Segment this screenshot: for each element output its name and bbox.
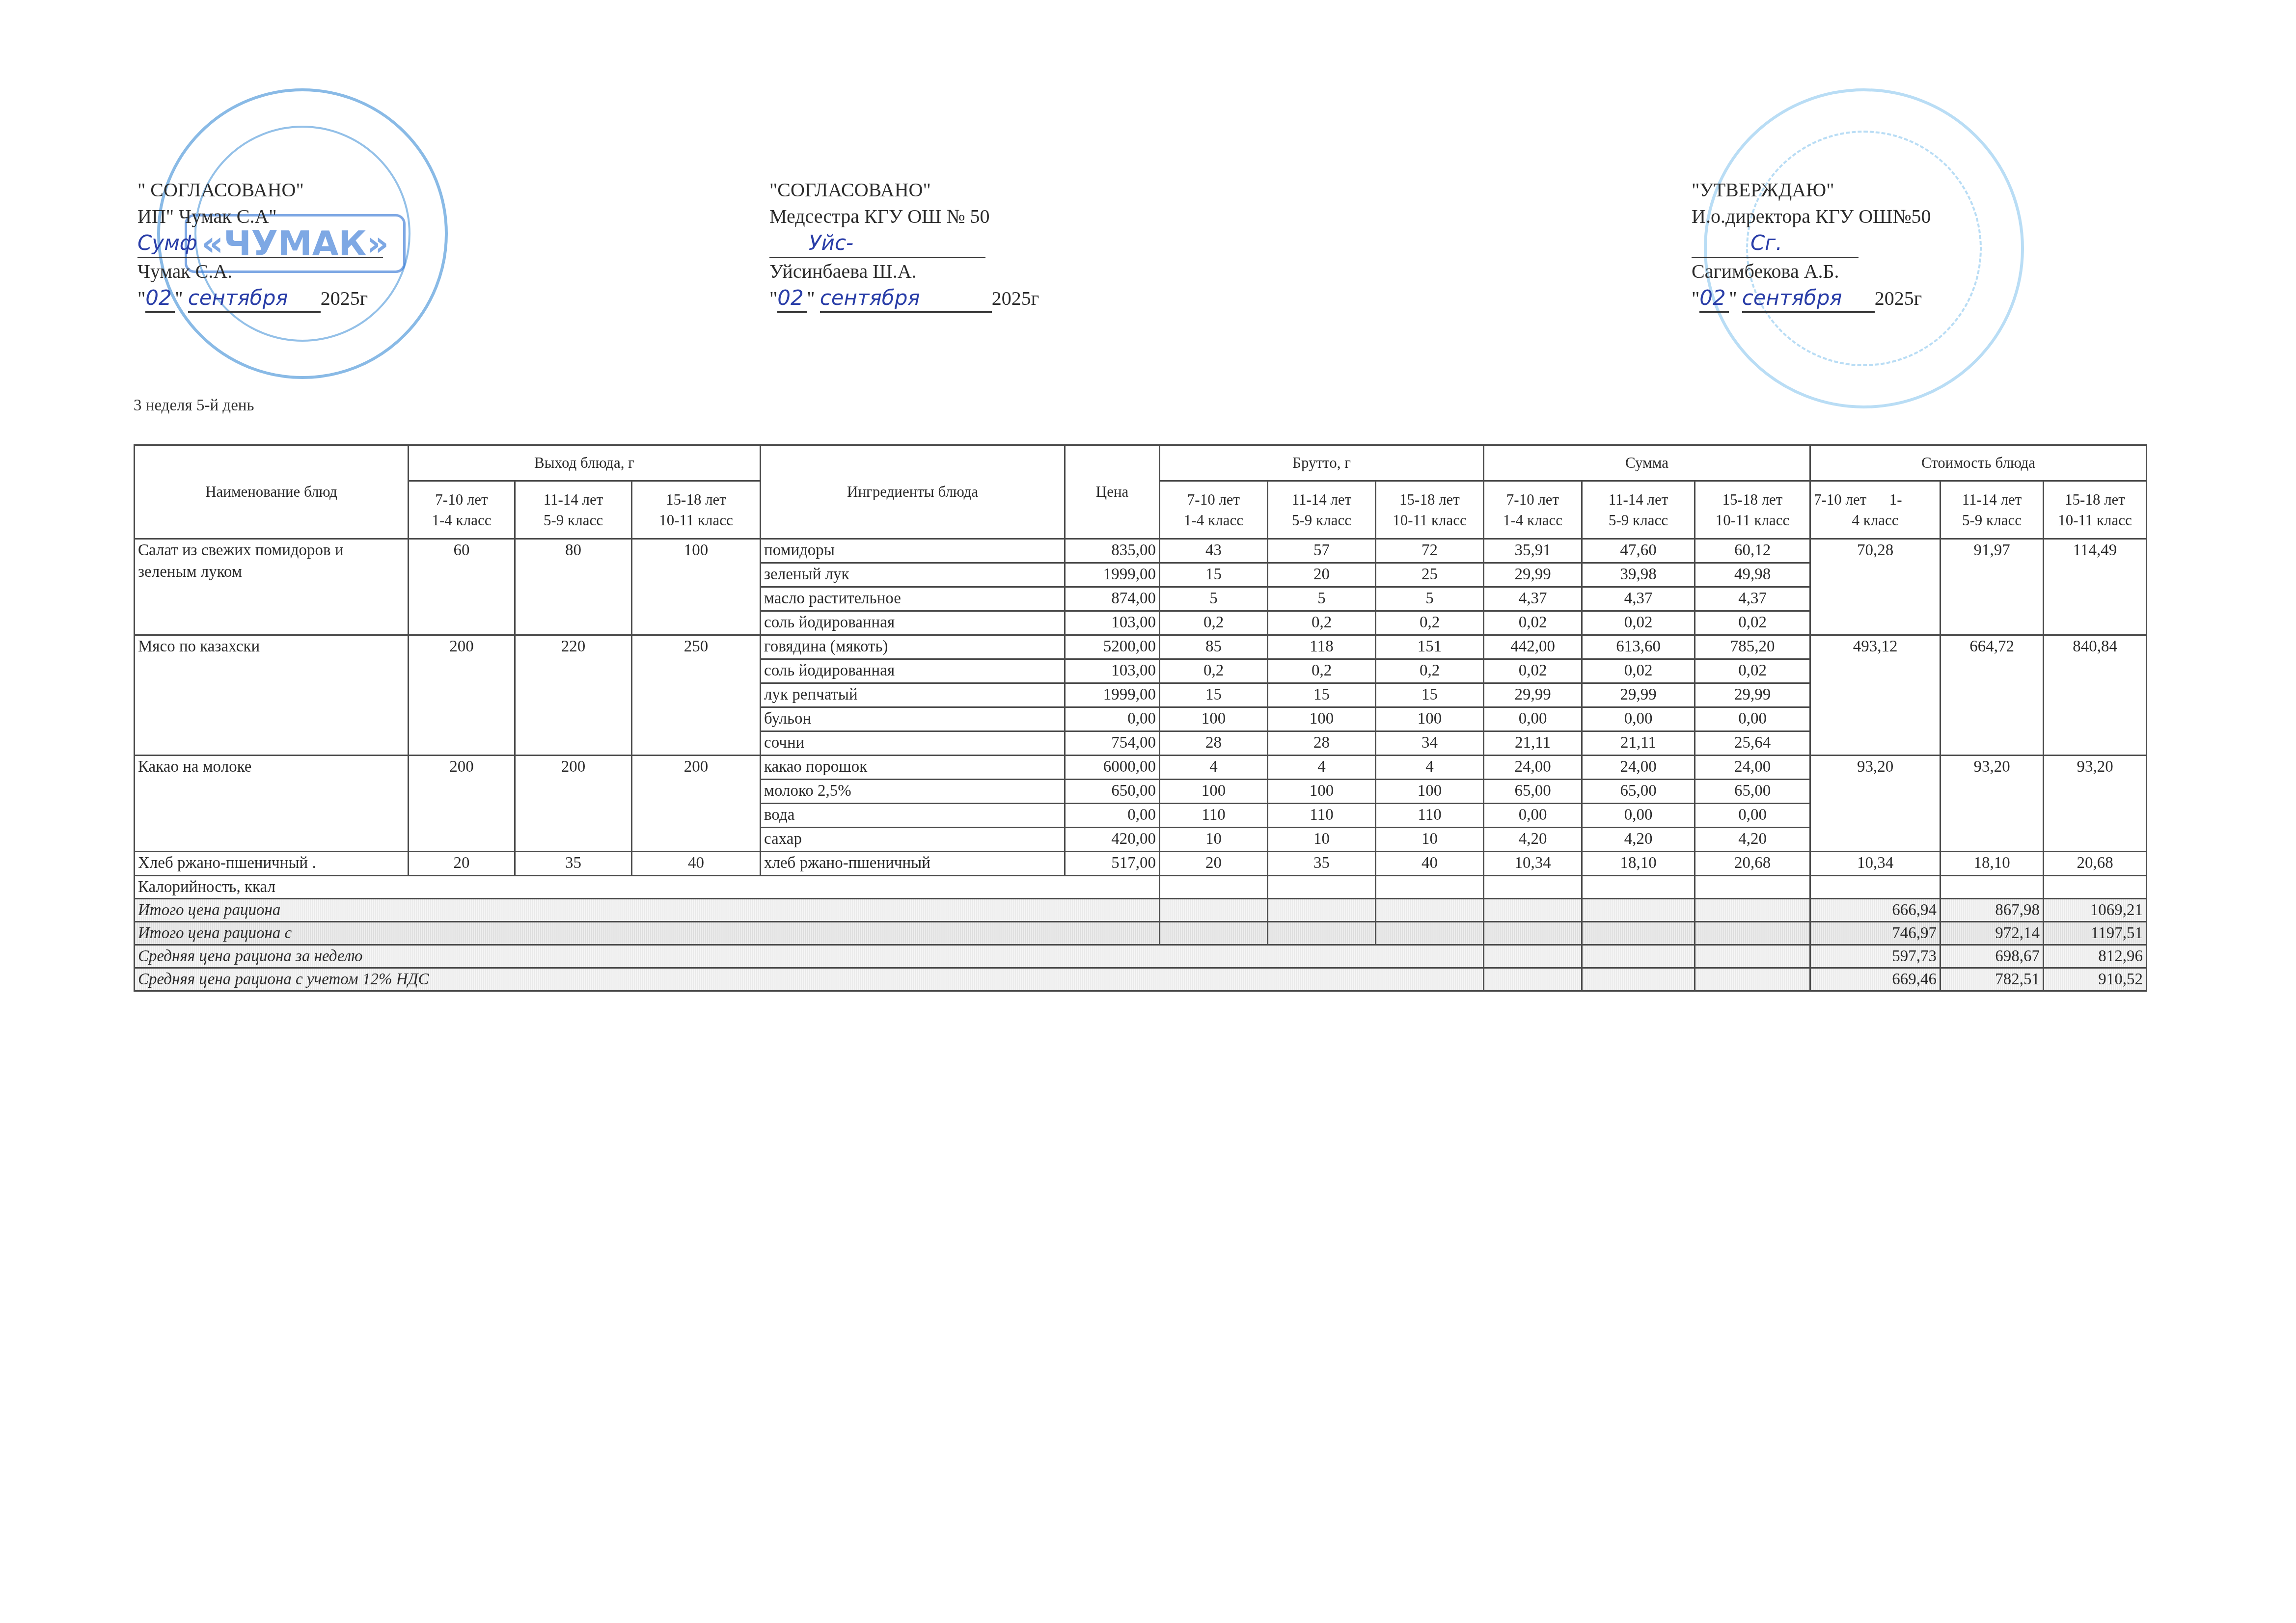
brutto-value: 151: [1376, 635, 1484, 659]
sum-value: 4,20: [1695, 828, 1810, 852]
grade-label: 10-11 класс: [2047, 510, 2143, 531]
yield-value: 20: [409, 852, 515, 876]
brutto-value: 20: [1268, 563, 1376, 587]
summary-value: 1069,21: [2044, 899, 2147, 922]
brutto-value: 15: [1160, 563, 1268, 587]
ingredient-price: 103,00: [1065, 659, 1160, 683]
sum-value: 0,00: [1695, 804, 1810, 828]
summary-empty-cell: [1268, 899, 1376, 922]
summary-value: 812,96: [2044, 945, 2147, 968]
sum-value: 24,00: [1582, 756, 1695, 780]
summary-label: Средняя цена рациона с учетом 12% НДС: [135, 968, 1484, 991]
yield-value: 200: [515, 756, 632, 852]
ingredient-price: 0,00: [1065, 804, 1160, 828]
sum-value: 18,10: [1582, 852, 1695, 876]
summary-empty-cell: [1484, 968, 1582, 991]
sum-value: 65,00: [1582, 780, 1695, 804]
sum-value: 65,00: [1484, 780, 1582, 804]
approval-name: Уйсинбаева Ш.А.: [769, 258, 1039, 285]
approval-name: Сагимбекова А.Б.: [1692, 258, 1931, 285]
approval-block-nurse: "СОГЛАСОВАНО" Медсестра КГУ ОШ № 50 Уйс-…: [769, 177, 1039, 313]
sum-value: 60,12: [1695, 539, 1810, 563]
ingredient-price: 0,00: [1065, 707, 1160, 731]
brutto-value: 5: [1160, 587, 1268, 611]
grade-label: 5-9 класс: [1585, 510, 1691, 531]
yield-value: 60: [409, 539, 515, 635]
header-yield-age-3: 15-18 лет10-11 класс: [632, 481, 761, 539]
ingredient-price: 420,00: [1065, 828, 1160, 852]
cost-value: 93,20: [1810, 756, 1941, 852]
summary-value: 698,67: [1941, 945, 2044, 968]
age-label: 15-18 лет: [2047, 489, 2143, 510]
sum-value: 35,91: [1484, 539, 1582, 563]
sum-value: 21,11: [1484, 731, 1582, 756]
grade-label: 1-4 класс: [1487, 510, 1578, 531]
date-year: 2025г: [992, 287, 1039, 309]
summary-empty-cell: [1160, 899, 1268, 922]
brutto-value: 0,2: [1160, 611, 1268, 635]
brutto-value: 0,2: [1160, 659, 1268, 683]
brutto-value: 0,2: [1376, 611, 1484, 635]
table-row: Какао на молоке200200200какао порошок600…: [135, 756, 2147, 780]
ingredient-name: бульон: [761, 707, 1065, 731]
brutto-value: 28: [1268, 731, 1376, 756]
summary-empty-cell: [1268, 922, 1376, 945]
calories-cell: [1810, 876, 1941, 899]
brutto-value: 100: [1268, 780, 1376, 804]
brutto-value: 100: [1160, 707, 1268, 731]
header-cost-age-1: 7-10 лет 1-4 класс: [1810, 481, 1941, 539]
brutto-value: 4: [1268, 756, 1376, 780]
signature: Сг.: [1750, 231, 1782, 255]
summary-value: 910,52: [2044, 968, 2147, 991]
header-yield-age-1: 7-10 лет1-4 класс: [409, 481, 515, 539]
header-yield-age-2: 11-14 лет5-9 класс: [515, 481, 632, 539]
yield-value: 250: [632, 635, 761, 756]
brutto-value: 0,2: [1376, 659, 1484, 683]
brutto-value: 100: [1376, 707, 1484, 731]
age-label: 15-18 лет: [1379, 489, 1480, 510]
sum-value: 29,99: [1484, 683, 1582, 707]
cost-value: 493,12: [1810, 635, 1941, 756]
sum-value: 29,99: [1484, 563, 1582, 587]
header-dish-name: Наименование блюд: [135, 445, 409, 539]
ingredient-name: вода: [761, 804, 1065, 828]
brutto-value: 10: [1376, 828, 1484, 852]
summary-empty-cell: [1376, 922, 1484, 945]
date-year: 2025г: [1875, 287, 1922, 309]
header-cost-age-2: 11-14 лет5-9 класс: [1941, 481, 2044, 539]
brutto-value: 35: [1268, 852, 1376, 876]
date-year: 2025г: [321, 287, 368, 309]
sum-value: 0,00: [1582, 707, 1695, 731]
week-day-label: 3 неделя 5-й день: [134, 397, 254, 415]
ingredient-price: 874,00: [1065, 587, 1160, 611]
cost-value: 20,68: [2044, 852, 2147, 876]
ingredient-name: говядина (мякоть): [761, 635, 1065, 659]
summary-value: 669,46: [1810, 968, 1941, 991]
age-label: 15-18 лет: [1698, 489, 1806, 510]
brutto-value: 10: [1160, 828, 1268, 852]
summary-value: 666,94: [1810, 899, 1941, 922]
summary-label: Итого цена рациона: [135, 899, 1160, 922]
ingredient-name: сахар: [761, 828, 1065, 852]
age-label: 11-14 лет: [1585, 489, 1691, 510]
sum-value: 39,98: [1582, 563, 1695, 587]
header-sum-age-3: 15-18 лет10-11 класс: [1695, 481, 1810, 539]
table-row: Мясо по казахски200220250говядина (мякот…: [135, 635, 2147, 659]
ingredient-price: 754,00: [1065, 731, 1160, 756]
sum-value: 613,60: [1582, 635, 1695, 659]
summary-row: Итого цена рациона666,94867,981069,21: [135, 899, 2147, 922]
signature-line: Сг.: [1692, 230, 1859, 258]
summary-empty-cell: [1695, 922, 1810, 945]
brutto-value: 4: [1376, 756, 1484, 780]
yield-value: 80: [515, 539, 632, 635]
sum-value: 442,00: [1484, 635, 1582, 659]
approval-position: Медсестра КГУ ОШ № 50: [769, 203, 1039, 230]
brutto-value: 57: [1268, 539, 1376, 563]
summary-empty-cell: [1695, 945, 1810, 968]
summary-empty-cell: [1376, 899, 1484, 922]
summary-empty-cell: [1582, 922, 1695, 945]
signature: Сумф: [137, 231, 197, 255]
approval-block-supplier: " СОГЛАСОВАНО" ИП" Чумак С.А" Сумф Чумак…: [137, 177, 383, 313]
cost-value: 664,72: [1941, 635, 2044, 756]
summary-value: 597,73: [1810, 945, 1941, 968]
approval-heading: "СОГЛАСОВАНО": [769, 177, 1039, 203]
cost-value: 18,10: [1941, 852, 2044, 876]
ingredient-name: какао порошок: [761, 756, 1065, 780]
summary-label: Средняя цена рациона за неделю: [135, 945, 1484, 968]
date-day: 02: [777, 285, 807, 313]
calories-cell: [1376, 876, 1484, 899]
summary-value: 867,98: [1941, 899, 2044, 922]
brutto-value: 110: [1160, 804, 1268, 828]
brutto-value: 5: [1376, 587, 1484, 611]
summary-empty-cell: [1695, 899, 1810, 922]
dish-name: Хлеб ржано-пшеничный .: [135, 852, 409, 876]
sum-value: 29,99: [1695, 683, 1810, 707]
table-row: Хлеб ржано-пшеничный .203540хлеб ржано-п…: [135, 852, 2147, 876]
ingredient-name: зеленый лук: [761, 563, 1065, 587]
sum-value: 0,02: [1582, 659, 1695, 683]
age-label: 7-10 лет 1-: [1814, 489, 1937, 510]
summary-empty-cell: [1582, 968, 1695, 991]
yield-value: 200: [409, 635, 515, 756]
sum-value: 4,37: [1484, 587, 1582, 611]
dish-name: Салат из свежих помидоров и зеленым луко…: [135, 539, 409, 635]
ingredient-name: масло растительное: [761, 587, 1065, 611]
date-month: сентября: [188, 285, 321, 313]
sum-value: 0,02: [1484, 659, 1582, 683]
calories-cell: [1484, 876, 1582, 899]
brutto-value: 15: [1160, 683, 1268, 707]
brutto-value: 85: [1160, 635, 1268, 659]
age-label: 11-14 лет: [1271, 489, 1372, 510]
brutto-value: 28: [1160, 731, 1268, 756]
header-cost: Стоимость блюда: [1810, 445, 2147, 481]
grade-label: 5-9 класс: [1944, 510, 2040, 531]
approval-heading: "УТВЕРЖДАЮ": [1692, 177, 1931, 203]
brutto-value: 43: [1160, 539, 1268, 563]
ingredient-name: хлеб ржано-пшеничный: [761, 852, 1065, 876]
brutto-value: 15: [1376, 683, 1484, 707]
summary-empty-cell: [1582, 899, 1695, 922]
brutto-value: 110: [1268, 804, 1376, 828]
sum-value: 4,37: [1695, 587, 1810, 611]
brutto-value: 72: [1376, 539, 1484, 563]
grade-label: 10-11 класс: [635, 510, 757, 531]
approval-date: "02" сентября2025г: [1692, 285, 1931, 313]
approval-heading: " СОГЛАСОВАНО": [137, 177, 383, 203]
ingredient-name: помидоры: [761, 539, 1065, 563]
sum-value: 0,00: [1695, 707, 1810, 731]
ingredient-name: лук репчатый: [761, 683, 1065, 707]
header-brutto-age-1: 7-10 лет1-4 класс: [1160, 481, 1268, 539]
summary-empty-cell: [1582, 945, 1695, 968]
ingredient-name: соль йодированная: [761, 659, 1065, 683]
approval-position: И.о.директора КГУ ОШ№50: [1692, 203, 1931, 230]
summary-empty-cell: [1695, 968, 1810, 991]
summary-row: Средняя цена рациона с учетом 12% НДС669…: [135, 968, 2147, 991]
ingredient-price: 5200,00: [1065, 635, 1160, 659]
grade-label: 4 класс: [1814, 510, 1937, 531]
cost-value: 114,49: [2044, 539, 2147, 635]
sum-value: 10,34: [1484, 852, 1582, 876]
summary-row: Средняя цена рациона за неделю597,73698,…: [135, 945, 2147, 968]
header-sum-age-2: 11-14 лет5-9 класс: [1582, 481, 1695, 539]
sum-value: 24,00: [1484, 756, 1582, 780]
header-price: Цена: [1065, 445, 1160, 539]
ingredient-price: 517,00: [1065, 852, 1160, 876]
ingredient-name: соль йодированная: [761, 611, 1065, 635]
approval-block-director: "УТВЕРЖДАЮ" И.о.директора КГУ ОШ№50 Сг. …: [1692, 177, 1931, 313]
ingredient-price: 1999,00: [1065, 683, 1160, 707]
date-day: 02: [145, 285, 175, 313]
calories-cell: [1160, 876, 1268, 899]
sum-value: 0,02: [1484, 611, 1582, 635]
sum-value: 20,68: [1695, 852, 1810, 876]
grade-label: 1-4 класс: [1163, 510, 1264, 531]
yield-value: 200: [409, 756, 515, 852]
sum-value: 65,00: [1695, 780, 1810, 804]
summary-empty-cell: [1484, 922, 1582, 945]
ingredient-price: 1999,00: [1065, 563, 1160, 587]
header-brutto-age-2: 11-14 лет5-9 класс: [1268, 481, 1376, 539]
header-sum-age-1: 7-10 лет1-4 класс: [1484, 481, 1582, 539]
header-brutto: Брутто, г: [1160, 445, 1484, 481]
calories-cell: [2044, 876, 2147, 899]
approval-name: Чумак С.А.: [137, 258, 383, 285]
sum-value: 4,20: [1582, 828, 1695, 852]
ingredient-price: 6000,00: [1065, 756, 1160, 780]
header-ingredients: Ингредиенты блюда: [761, 445, 1065, 539]
approval-date: "02" сентября2025г: [137, 285, 383, 313]
cost-value: 840,84: [2044, 635, 2147, 756]
header-cost-age-3: 15-18 лет10-11 класс: [2044, 481, 2147, 539]
dish-name: Какао на молоке: [135, 756, 409, 852]
sum-value: 0,02: [1695, 611, 1810, 635]
summary-value: 1197,51: [2044, 922, 2147, 945]
summary-row: Итого цена рациона с746,97972,141197,51: [135, 922, 2147, 945]
signature: Уйс-: [809, 231, 853, 255]
summary-value: 972,14: [1941, 922, 2044, 945]
brutto-value: 25: [1376, 563, 1484, 587]
signature-line: Уйс-: [769, 230, 985, 258]
brutto-value: 15: [1268, 683, 1376, 707]
sum-value: 21,11: [1582, 731, 1695, 756]
sum-value: 47,60: [1582, 539, 1695, 563]
header-brutto-age-3: 15-18 лет10-11 класс: [1376, 481, 1484, 539]
yield-value: 200: [632, 756, 761, 852]
brutto-value: 110: [1376, 804, 1484, 828]
approval-position: ИП" Чумак С.А": [137, 203, 383, 230]
brutto-value: 40: [1376, 852, 1484, 876]
brutto-value: 100: [1160, 780, 1268, 804]
date-month: сентября: [1742, 285, 1875, 313]
grade-label: 10-11 класс: [1379, 510, 1480, 531]
summary-empty-cell: [1160, 922, 1268, 945]
sum-value: 24,00: [1695, 756, 1810, 780]
header-sum: Сумма: [1484, 445, 1810, 481]
brutto-value: 118: [1268, 635, 1376, 659]
calories-row: Калорийность, ккал: [135, 876, 2147, 899]
ingredient-price: 103,00: [1065, 611, 1160, 635]
sum-value: 49,98: [1695, 563, 1810, 587]
calories-cell: [1582, 876, 1695, 899]
summary-empty-cell: [1484, 899, 1582, 922]
table-row: Салат из свежих помидоров и зеленым луко…: [135, 539, 2147, 563]
yield-value: 40: [632, 852, 761, 876]
sum-value: 0,02: [1582, 611, 1695, 635]
cost-value: 93,20: [1941, 756, 2044, 852]
brutto-value: 0,2: [1268, 659, 1376, 683]
ingredient-name: сочни: [761, 731, 1065, 756]
sum-value: 0,00: [1484, 707, 1582, 731]
signature-line: Сумф: [137, 230, 383, 258]
yield-value: 220: [515, 635, 632, 756]
date-day: 02: [1699, 285, 1729, 313]
age-label: 11-14 лет: [1944, 489, 2040, 510]
age-label: 11-14 лет: [519, 489, 628, 510]
brutto-value: 4: [1160, 756, 1268, 780]
ingredient-price: 650,00: [1065, 780, 1160, 804]
cost-value: 91,97: [1941, 539, 2044, 635]
sum-value: 0,00: [1484, 804, 1582, 828]
brutto-value: 5: [1268, 587, 1376, 611]
dish-name: Мясо по казахски: [135, 635, 409, 756]
cost-value: 10,34: [1810, 852, 1941, 876]
sum-value: 0,00: [1582, 804, 1695, 828]
calories-cell: [1695, 876, 1810, 899]
calories-cell: [1268, 876, 1376, 899]
yield-value: 100: [632, 539, 761, 635]
summary-empty-cell: [1484, 945, 1582, 968]
calories-cell: [1941, 876, 2044, 899]
age-label: 7-10 лет: [412, 489, 511, 510]
sum-value: 29,99: [1582, 683, 1695, 707]
brutto-value: 100: [1268, 707, 1376, 731]
ingredient-price: 835,00: [1065, 539, 1160, 563]
calories-label: Калорийность, ккал: [135, 876, 1160, 899]
header-yield: Выход блюда, г: [409, 445, 761, 481]
brutto-value: 34: [1376, 731, 1484, 756]
summary-value: 746,97: [1810, 922, 1941, 945]
brutto-value: 0,2: [1268, 611, 1376, 635]
grade-label: 5-9 класс: [519, 510, 628, 531]
date-month: сентября: [820, 285, 992, 313]
sum-value: 4,37: [1582, 587, 1695, 611]
brutto-value: 20: [1160, 852, 1268, 876]
yield-value: 35: [515, 852, 632, 876]
menu-table: Наименование блюд Выход блюда, г Ингреди…: [134, 444, 2147, 992]
approval-date: "02" сентября2025г: [769, 285, 1039, 313]
sum-value: 25,64: [1695, 731, 1810, 756]
cost-value: 70,28: [1810, 539, 1941, 635]
cost-value: 93,20: [2044, 756, 2147, 852]
grade-label: 5-9 класс: [1271, 510, 1372, 531]
summary-label: Итого цена рациона с: [135, 922, 1160, 945]
sum-value: 4,20: [1484, 828, 1582, 852]
grade-label: 10-11 класс: [1698, 510, 1806, 531]
ingredient-name: молоко 2,5%: [761, 780, 1065, 804]
summary-value: 782,51: [1941, 968, 2044, 991]
sum-value: 785,20: [1695, 635, 1810, 659]
sum-value: 0,02: [1695, 659, 1810, 683]
grade-label: 1-4 класс: [412, 510, 511, 531]
age-label: 15-18 лет: [635, 489, 757, 510]
brutto-value: 100: [1376, 780, 1484, 804]
age-label: 7-10 лет: [1163, 489, 1264, 510]
brutto-value: 10: [1268, 828, 1376, 852]
age-label: 7-10 лет: [1487, 489, 1578, 510]
